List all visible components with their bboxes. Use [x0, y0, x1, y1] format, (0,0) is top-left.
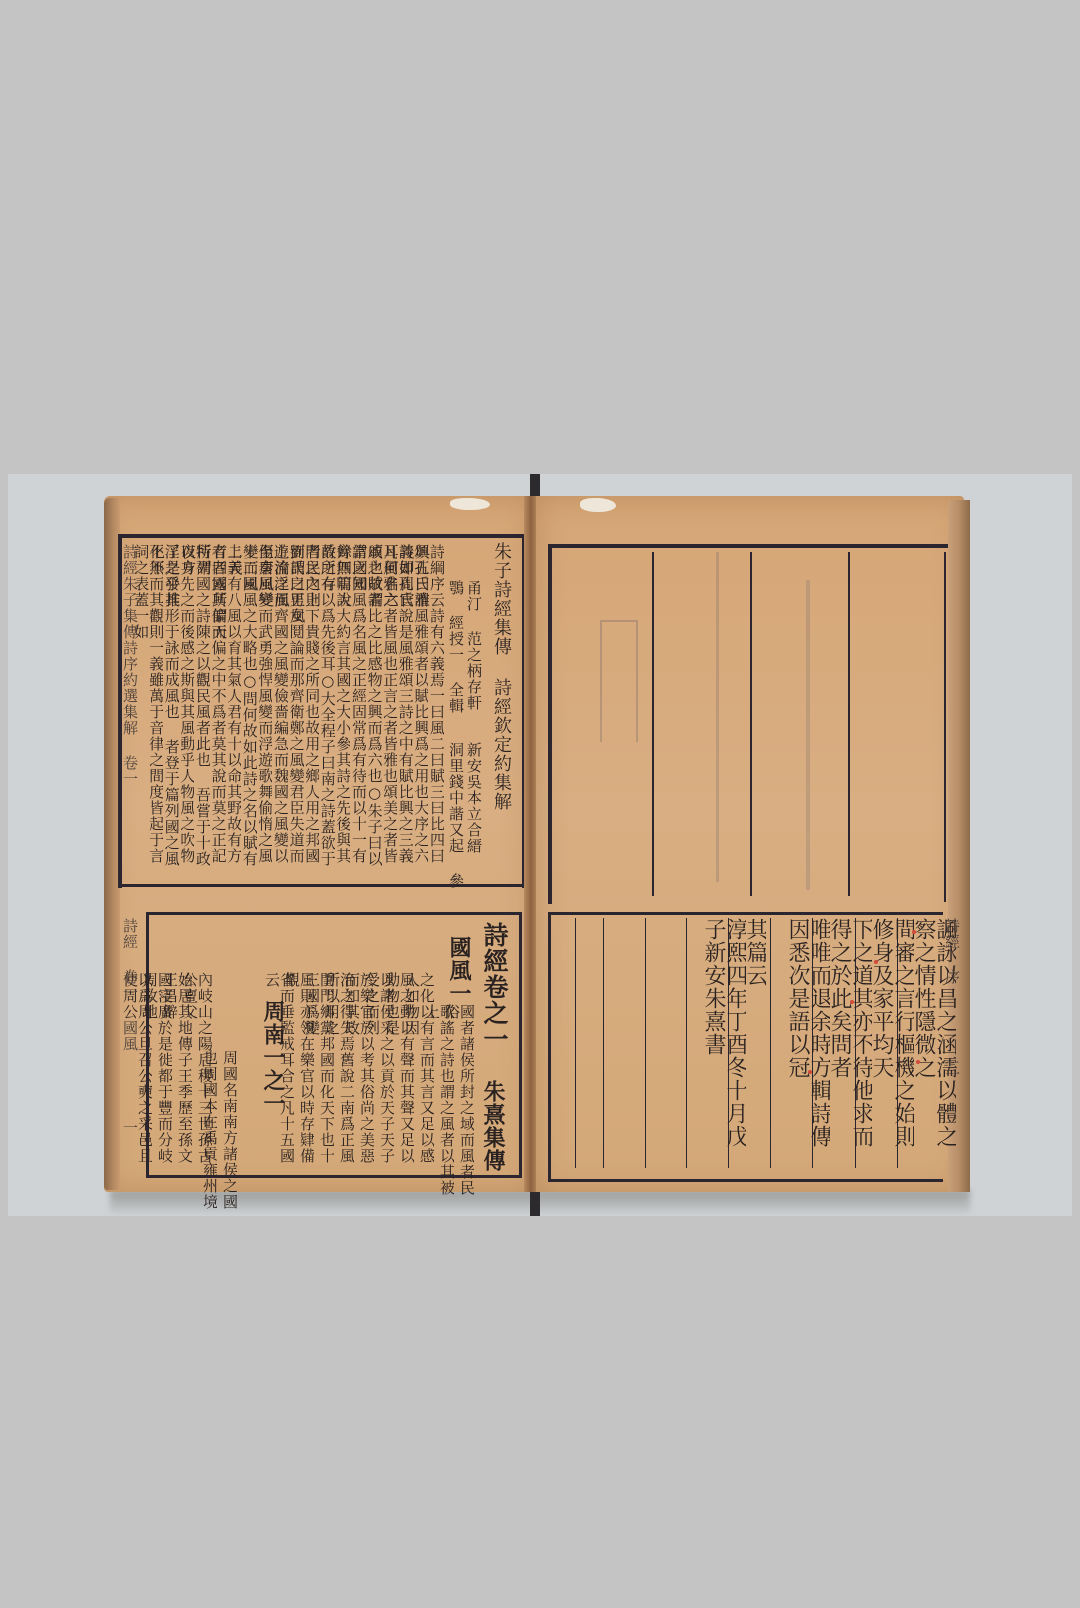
- attribution-column: 鶚 經授一 全輯: [448, 580, 463, 714]
- column-rule: [848, 552, 850, 896]
- attribution-column: 新安吳本立合縉: [466, 742, 481, 854]
- author-credit: 朱熹集傳: [482, 1080, 504, 1172]
- chapter-title: 詩經卷之一: [482, 922, 507, 1052]
- book-title-column: 朱子詩經集傳 詩經欽定約集解: [492, 542, 510, 842]
- book-spine-top: [530, 474, 540, 496]
- section-heading: 國風一: [448, 936, 470, 1005]
- text-column: 其篇云: [744, 918, 766, 1168]
- annotation-mark: [874, 960, 878, 964]
- show-through-mark: [806, 580, 810, 890]
- annotation-mark: [850, 1000, 854, 1004]
- book-spine-bottom: [530, 1192, 540, 1216]
- column-rule: [652, 552, 654, 896]
- column-rule: [575, 918, 576, 1168]
- text-column: 下之道其亦不待他求而得之於此矣問者: [828, 918, 872, 1168]
- page-number: 一: [122, 1120, 137, 1136]
- show-through-mark: [600, 620, 638, 742]
- text-column: 省而垂監戒耳合之凡十五國云: [264, 972, 294, 1168]
- annotation-mark: [912, 930, 916, 934]
- text-column: 周國名南南方諸侯之國: [222, 1050, 237, 1246]
- margin-column: 詩經朱子集傳詩序約選集解 卷一: [122, 544, 137, 787]
- show-through-mark: [716, 552, 719, 882]
- paper-tear: [580, 498, 616, 512]
- annotation-mark: [808, 1070, 812, 1074]
- page-number: 三: [944, 1060, 959, 1076]
- attribution-column: 甬汀 范之柄存軒: [466, 580, 481, 711]
- column-rule: [750, 552, 752, 896]
- column-rule: [686, 918, 687, 1168]
- text-column: 唯唯而退余時方輯詩傳因悉次是語以冠: [786, 918, 830, 1168]
- paper-tear: [450, 498, 490, 510]
- attribution-column: 洞里錢中諧又起 參: [448, 742, 463, 889]
- column-rule: [645, 918, 646, 1168]
- annotation-mark: [916, 1060, 920, 1064]
- margin-column: 詩經 序: [944, 918, 959, 985]
- column-rule: [944, 552, 946, 902]
- book-shadow: [110, 1190, 970, 1214]
- margin-column: 詩經 卷一 國風: [122, 918, 137, 1052]
- column-rule: [770, 918, 771, 1168]
- text-column: 間審之言行樞機之始則修身及家平均天: [870, 918, 914, 1168]
- text-column: 淳熙四年丁酉冬十月戊子新安朱熹書: [702, 918, 746, 1168]
- column-rule: [603, 918, 604, 1168]
